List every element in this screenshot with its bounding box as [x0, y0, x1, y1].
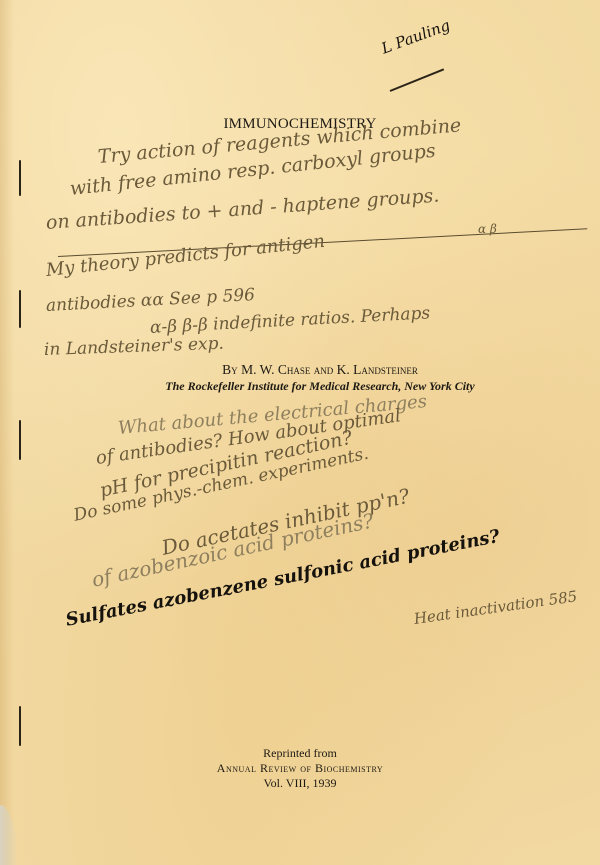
byline-authors: M. W. Chase and K. Landsteiner [241, 362, 418, 377]
document-page: L Pauling IMMUNOCHEMISTRY Try action of … [0, 0, 600, 865]
staple-mark [19, 160, 21, 196]
signature-underline [390, 68, 445, 92]
reprint-line-1: Reprinted from [0, 746, 600, 761]
staple-mark [19, 420, 21, 460]
annotation-line: α-β β-β indefinite ratios. Perhaps [149, 303, 430, 338]
annotation-line: My theory predicts for antigen [45, 231, 326, 281]
signature: L Pauling [379, 16, 452, 57]
annotation-line: antibodies αα See p 596 [45, 285, 255, 316]
staple-mark [19, 706, 21, 746]
annotation-side-note: α β [478, 222, 497, 236]
byline: By M. W. Chase and K. Landsteiner [0, 362, 600, 378]
volume-year: Vol. VIII, 1939 [0, 776, 600, 791]
affiliation: The Rockefeller Institute for Medical Re… [0, 379, 600, 394]
heat-inactivation-note: Heat inactivation 585 [413, 587, 579, 628]
journal-name: Annual Review of Biochemistry [0, 761, 600, 776]
annotation-line: in Landsteiner's exp. [44, 334, 225, 360]
staple-mark [19, 290, 21, 328]
byline-prefix: By [222, 362, 238, 377]
torn-corner [0, 805, 18, 865]
